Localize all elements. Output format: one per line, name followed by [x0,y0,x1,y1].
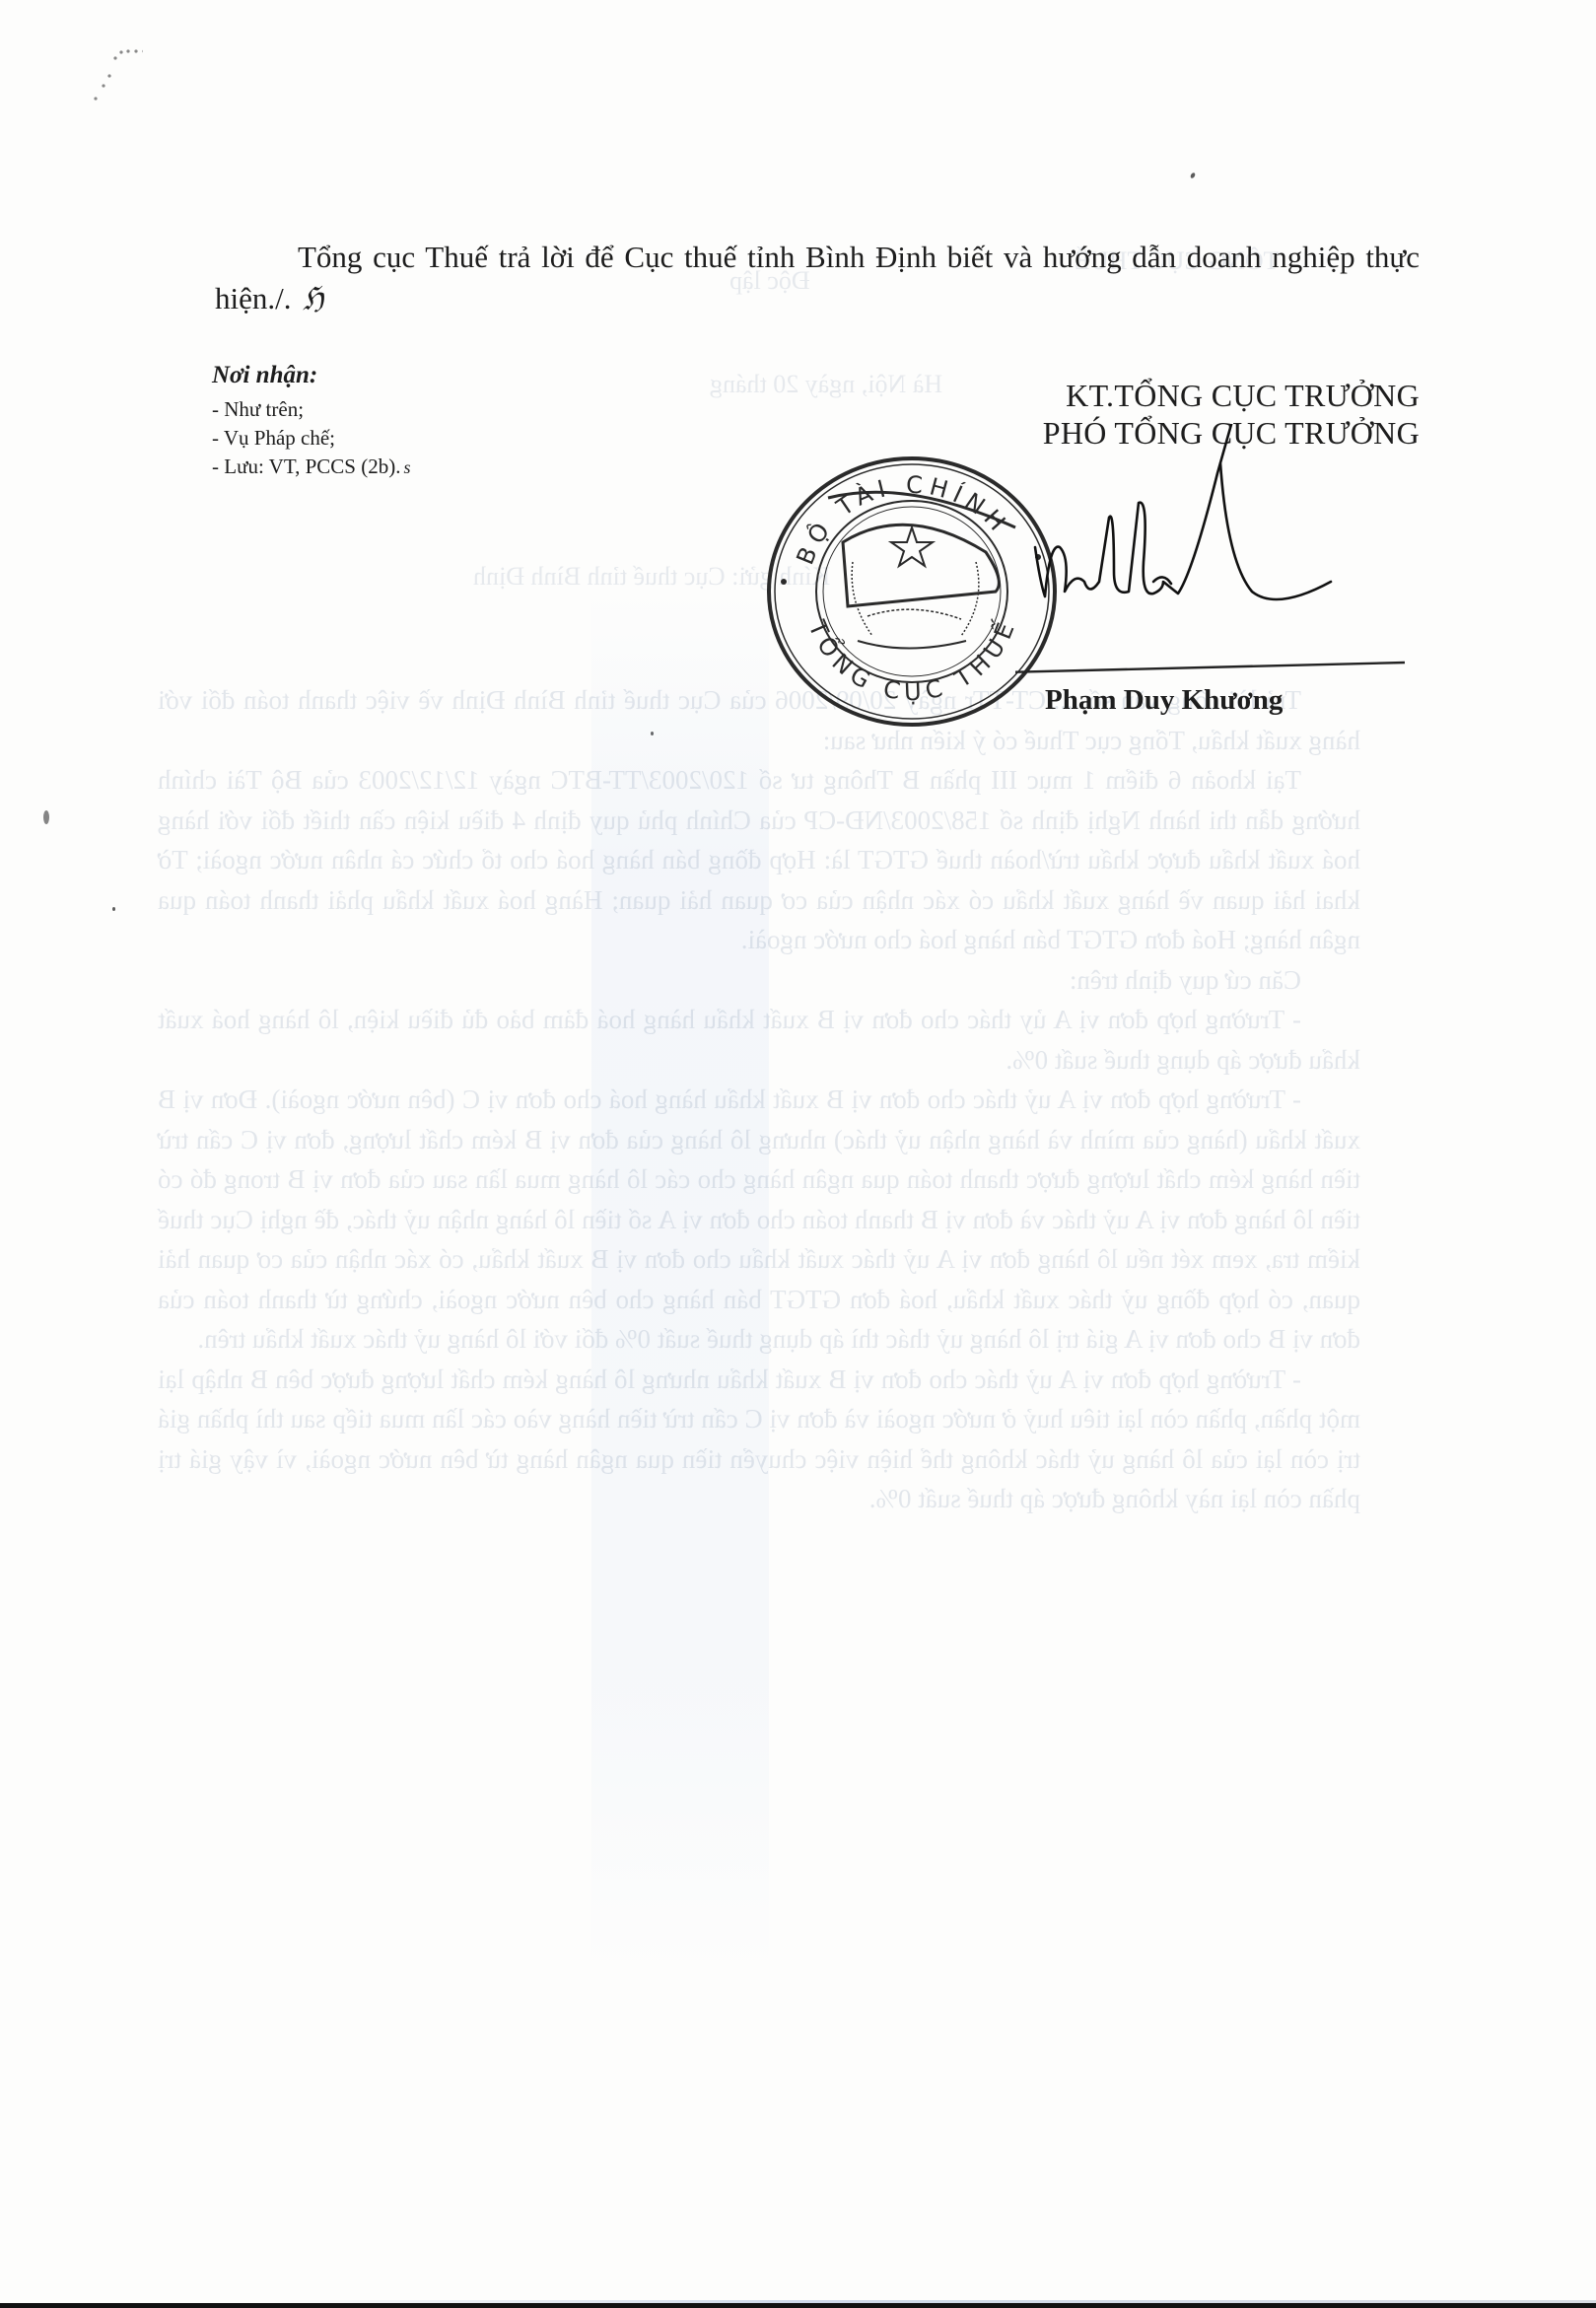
recipient-item: - Vụ Pháp chế; [212,424,410,453]
recipients-block: Nơi nhận: - Như trên; - Vụ Pháp chế; - L… [212,362,410,482]
scanned-document-page: TỔNG CỤC THUẾ Độc lập Hà Nội, ngày 20 th… [0,0,1596,2308]
scan-dot-artifact-icon [35,25,143,113]
ink-speck [1190,172,1196,178]
handwritten-signature-icon [1015,424,1439,690]
handwritten-initial-icon: ℌ [299,278,326,322]
recipients-title: Nơi nhận: [212,362,410,389]
signature-title-line1: KT.TỔNG CỤC TRƯỞNG [907,377,1420,414]
ink-speck [43,810,49,824]
scan-bottom-edge [0,2303,1596,2308]
bleed-through-text: Trả lời công văn số ..../CT-TTr ngày 20/… [158,680,1360,1519]
ghost-paragraph: - Trường hợp đơn vị A ủy thác cho đơn vị… [158,1000,1360,1080]
svg-text:TỔNG CỤC THUẾ: TỔNG CỤC THUẾ [802,612,1022,706]
recipient-item: - Như trên; [212,395,410,424]
recipient-item: - Lưu: VT, PCCS (2b).s [212,453,410,482]
closing-paragraph: Tổng cục Thuế trả lời để Cục thuế tỉnh B… [215,237,1420,320]
signer-name: Phạm Duy Khương [1045,684,1283,717]
ghost-paragraph: Tại khoản 6 điểm 1 mục III phần B Thông … [158,760,1360,960]
ghost-paragraph: Căn cứ quy định trên: [158,960,1360,1001]
ghost-paragraph: - Trường hợp đơn vị A uỷ thác cho đơn vị… [158,1360,1360,1519]
handwritten-tick-icon: s [403,457,410,477]
ghost-paragraph: - Trường hợp đơn vị A uỷ thác cho đơn vị… [158,1080,1360,1360]
closing-text: Tổng cục Thuế trả lời để Cục thuế tỉnh B… [215,240,1420,315]
ink-speck [112,907,115,911]
